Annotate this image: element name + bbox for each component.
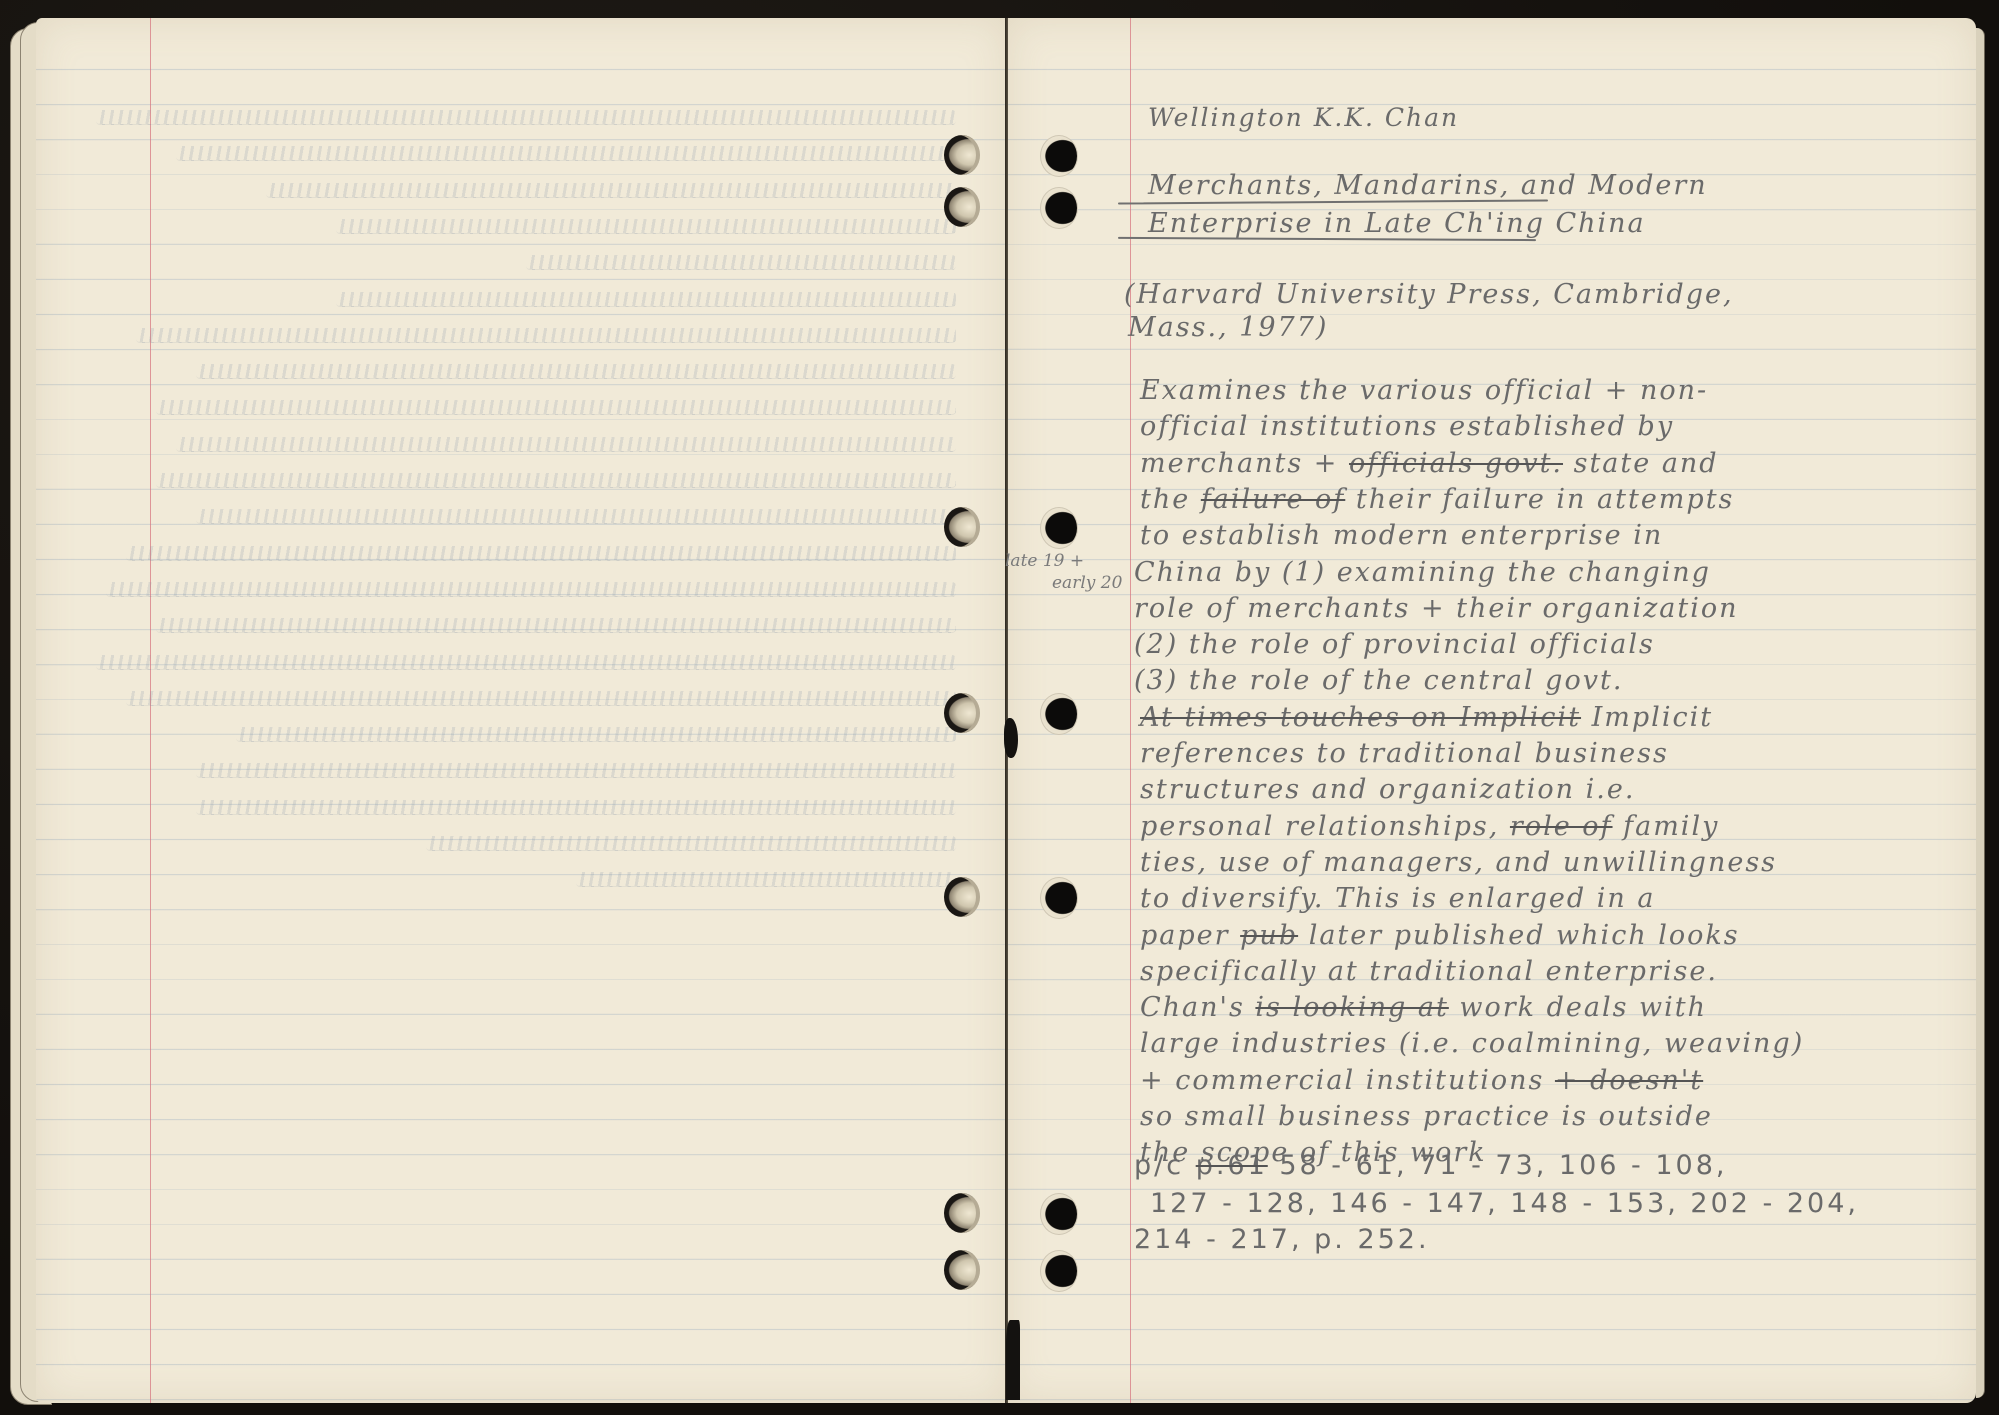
binder-hole-left [944,507,980,547]
annotation-line: specifically at traditional enterprise. [1140,954,1718,989]
ghost-text-line [176,146,956,161]
text-segment: (3) the role of the central govt. [1134,665,1623,696]
author-name: Wellington K.K. Chan [1148,100,1459,135]
ghost-text-line [136,328,956,343]
annotation-line: so small business practice is outside [1140,1099,1713,1134]
text-segment: ties, use of managers, and unwillingness [1140,847,1777,878]
binder-hole-right [1040,877,1078,919]
text-segment: China by (1) examining the changing [1134,557,1711,588]
gutter-blot [1006,1320,1020,1400]
annotation-line: to establish modern enterprise in [1140,518,1663,553]
text-segment: work deals with [1449,992,1707,1023]
gutter-blot [1004,718,1018,758]
text-segment: paper [1140,920,1240,951]
struck-text: role of [1510,811,1613,842]
binder-hole-right [1040,1193,1078,1235]
ghost-text-line [196,364,956,379]
annotation-line: references to traditional business [1140,736,1669,771]
ghost-text-line [126,691,956,706]
ghost-text-line [266,183,956,198]
right-page-margin-line [1130,18,1131,1403]
text-segment: later published which looks [1298,920,1740,951]
title-line-2: Enterprise in Late Ch'ing China [1148,206,1646,241]
ghost-text-line [96,655,956,670]
text-segment: references to traditional business [1140,738,1669,769]
ghost-text-line [156,473,956,488]
text-segment: role of merchants + their organization [1134,593,1739,624]
ghost-text-line [126,546,956,561]
annotation-line: the failure of their failure in attempts [1140,482,1734,517]
struck-text: pub [1240,920,1298,951]
ghost-text-line [336,219,956,234]
ghost-text-line [526,255,956,270]
page-refs-struck: p.61 [1196,1150,1268,1181]
binder-hole-left [944,877,980,917]
ghost-text-line [196,763,956,778]
annotation-line: structures and organization i.e. [1140,772,1635,807]
publication-line-1: (Harvard University Press, Cambridge, [1124,277,1734,312]
right-page-edge [1976,28,1985,1398]
binder-hole-right [1040,507,1078,549]
ghost-text-line [336,292,956,307]
text-segment: + commercial institutions [1140,1065,1555,1096]
annotation-line: Examines the various official + non- [1140,373,1708,408]
text-segment: to diversify. This is enlarged in a [1140,883,1655,914]
title-line-1: Merchants, Mandarins, and Modern [1148,168,1708,203]
ghost-text-line [156,400,956,415]
binder-hole-left [944,187,980,227]
ghost-text-line [176,437,956,452]
margin-note-line-1: late 19 + [1005,550,1084,572]
text-segment: personal relationships, [1140,811,1510,842]
text-segment: merchants + [1140,448,1349,479]
binder-hole-right [1040,135,1078,177]
ghost-text-line [96,110,956,125]
binding-gutter [1005,18,1008,1403]
annotation-line: role of merchants + their organization [1134,591,1739,626]
binder-hole-right [1040,187,1078,229]
text-segment: official institutions established by [1140,411,1674,442]
binder-hole-right [1040,693,1078,735]
text-segment: Implicit [1581,702,1713,733]
text-segment: the [1140,484,1201,515]
text-segment: family [1613,811,1720,842]
annotation-line: China by (1) examining the changing [1134,555,1711,590]
ghost-text-line [196,509,956,524]
text-segment: (2) the role of provincial officials [1134,629,1655,660]
binder-hole-left [944,1250,980,1290]
binder-hole-right [1040,1250,1078,1292]
page-refs-label: p/c [1134,1150,1184,1181]
annotation-line: personal relationships, role of family [1140,809,1719,844]
text-segment: large industries (i.e. coalmining, weavi… [1140,1028,1804,1059]
struck-text: At times touches on Implicit [1140,702,1581,733]
page-refs-line-3: 214 - 217, p. 252. [1134,1222,1430,1257]
annotation-line: merchants + officials govt. state and [1140,446,1719,481]
ghost-text-line [236,727,956,742]
ghost-text-line [106,582,956,597]
annotation-line: to diversify. This is enlarged in a [1140,881,1655,916]
struck-text: is looking at [1255,992,1448,1023]
annotation-line: ties, use of managers, and unwillingness [1140,845,1777,880]
annotation-line: (2) the role of provincial officials [1134,627,1655,662]
ghost-text-line [576,872,956,887]
text-segment: so small business practice is outside [1140,1101,1713,1132]
annotation-line: + commercial institutions + doesn't [1140,1063,1703,1098]
struck-text: officials govt. [1349,448,1563,479]
ghost-text-line [156,618,956,633]
text-segment: to establish modern enterprise in [1140,520,1663,551]
page-refs-line-1: p/c p.61 58 - 61, 71 - 73, 106 - 108, [1134,1148,1728,1183]
text-segment: specifically at traditional enterprise. [1140,956,1718,987]
binder-hole-left [944,693,980,733]
left-page-margin-line [150,18,151,1403]
page-refs-values: 58 - 61, 71 - 73, 106 - 108, [1279,1150,1727,1181]
struck-text: failure of [1201,484,1345,515]
ghost-text-line [426,836,956,851]
page-refs-line-2: 127 - 128, 146 - 147, 148 - 153, 202 - 2… [1150,1186,1859,1221]
text-segment: their failure in attempts [1345,484,1734,515]
margin-note-line-2: early 20 [1052,572,1122,594]
annotation-line: official institutions established by [1140,409,1674,444]
left-page [36,18,1006,1403]
text-segment: Chan's [1140,992,1255,1023]
annotation-line: large industries (i.e. coalmining, weavi… [1140,1026,1804,1061]
annotation-line: Chan's is looking at work deals with [1140,990,1707,1025]
binder-hole-left [944,135,980,175]
binder-hole-left [944,1193,980,1233]
annotation-line: paper pub later published which looks [1140,918,1740,953]
ghost-text-line [196,800,956,815]
text-segment: Examines the various official + non- [1140,375,1708,406]
text-segment: state and [1563,448,1719,479]
publication-line-2: Mass., 1977) [1128,310,1328,345]
annotation-line: (3) the role of the central govt. [1134,663,1623,698]
struck-text: + doesn't [1555,1065,1703,1096]
text-segment: structures and organization i.e. [1140,774,1635,805]
annotation-line: At times touches on Implicit Implicit [1140,700,1713,735]
